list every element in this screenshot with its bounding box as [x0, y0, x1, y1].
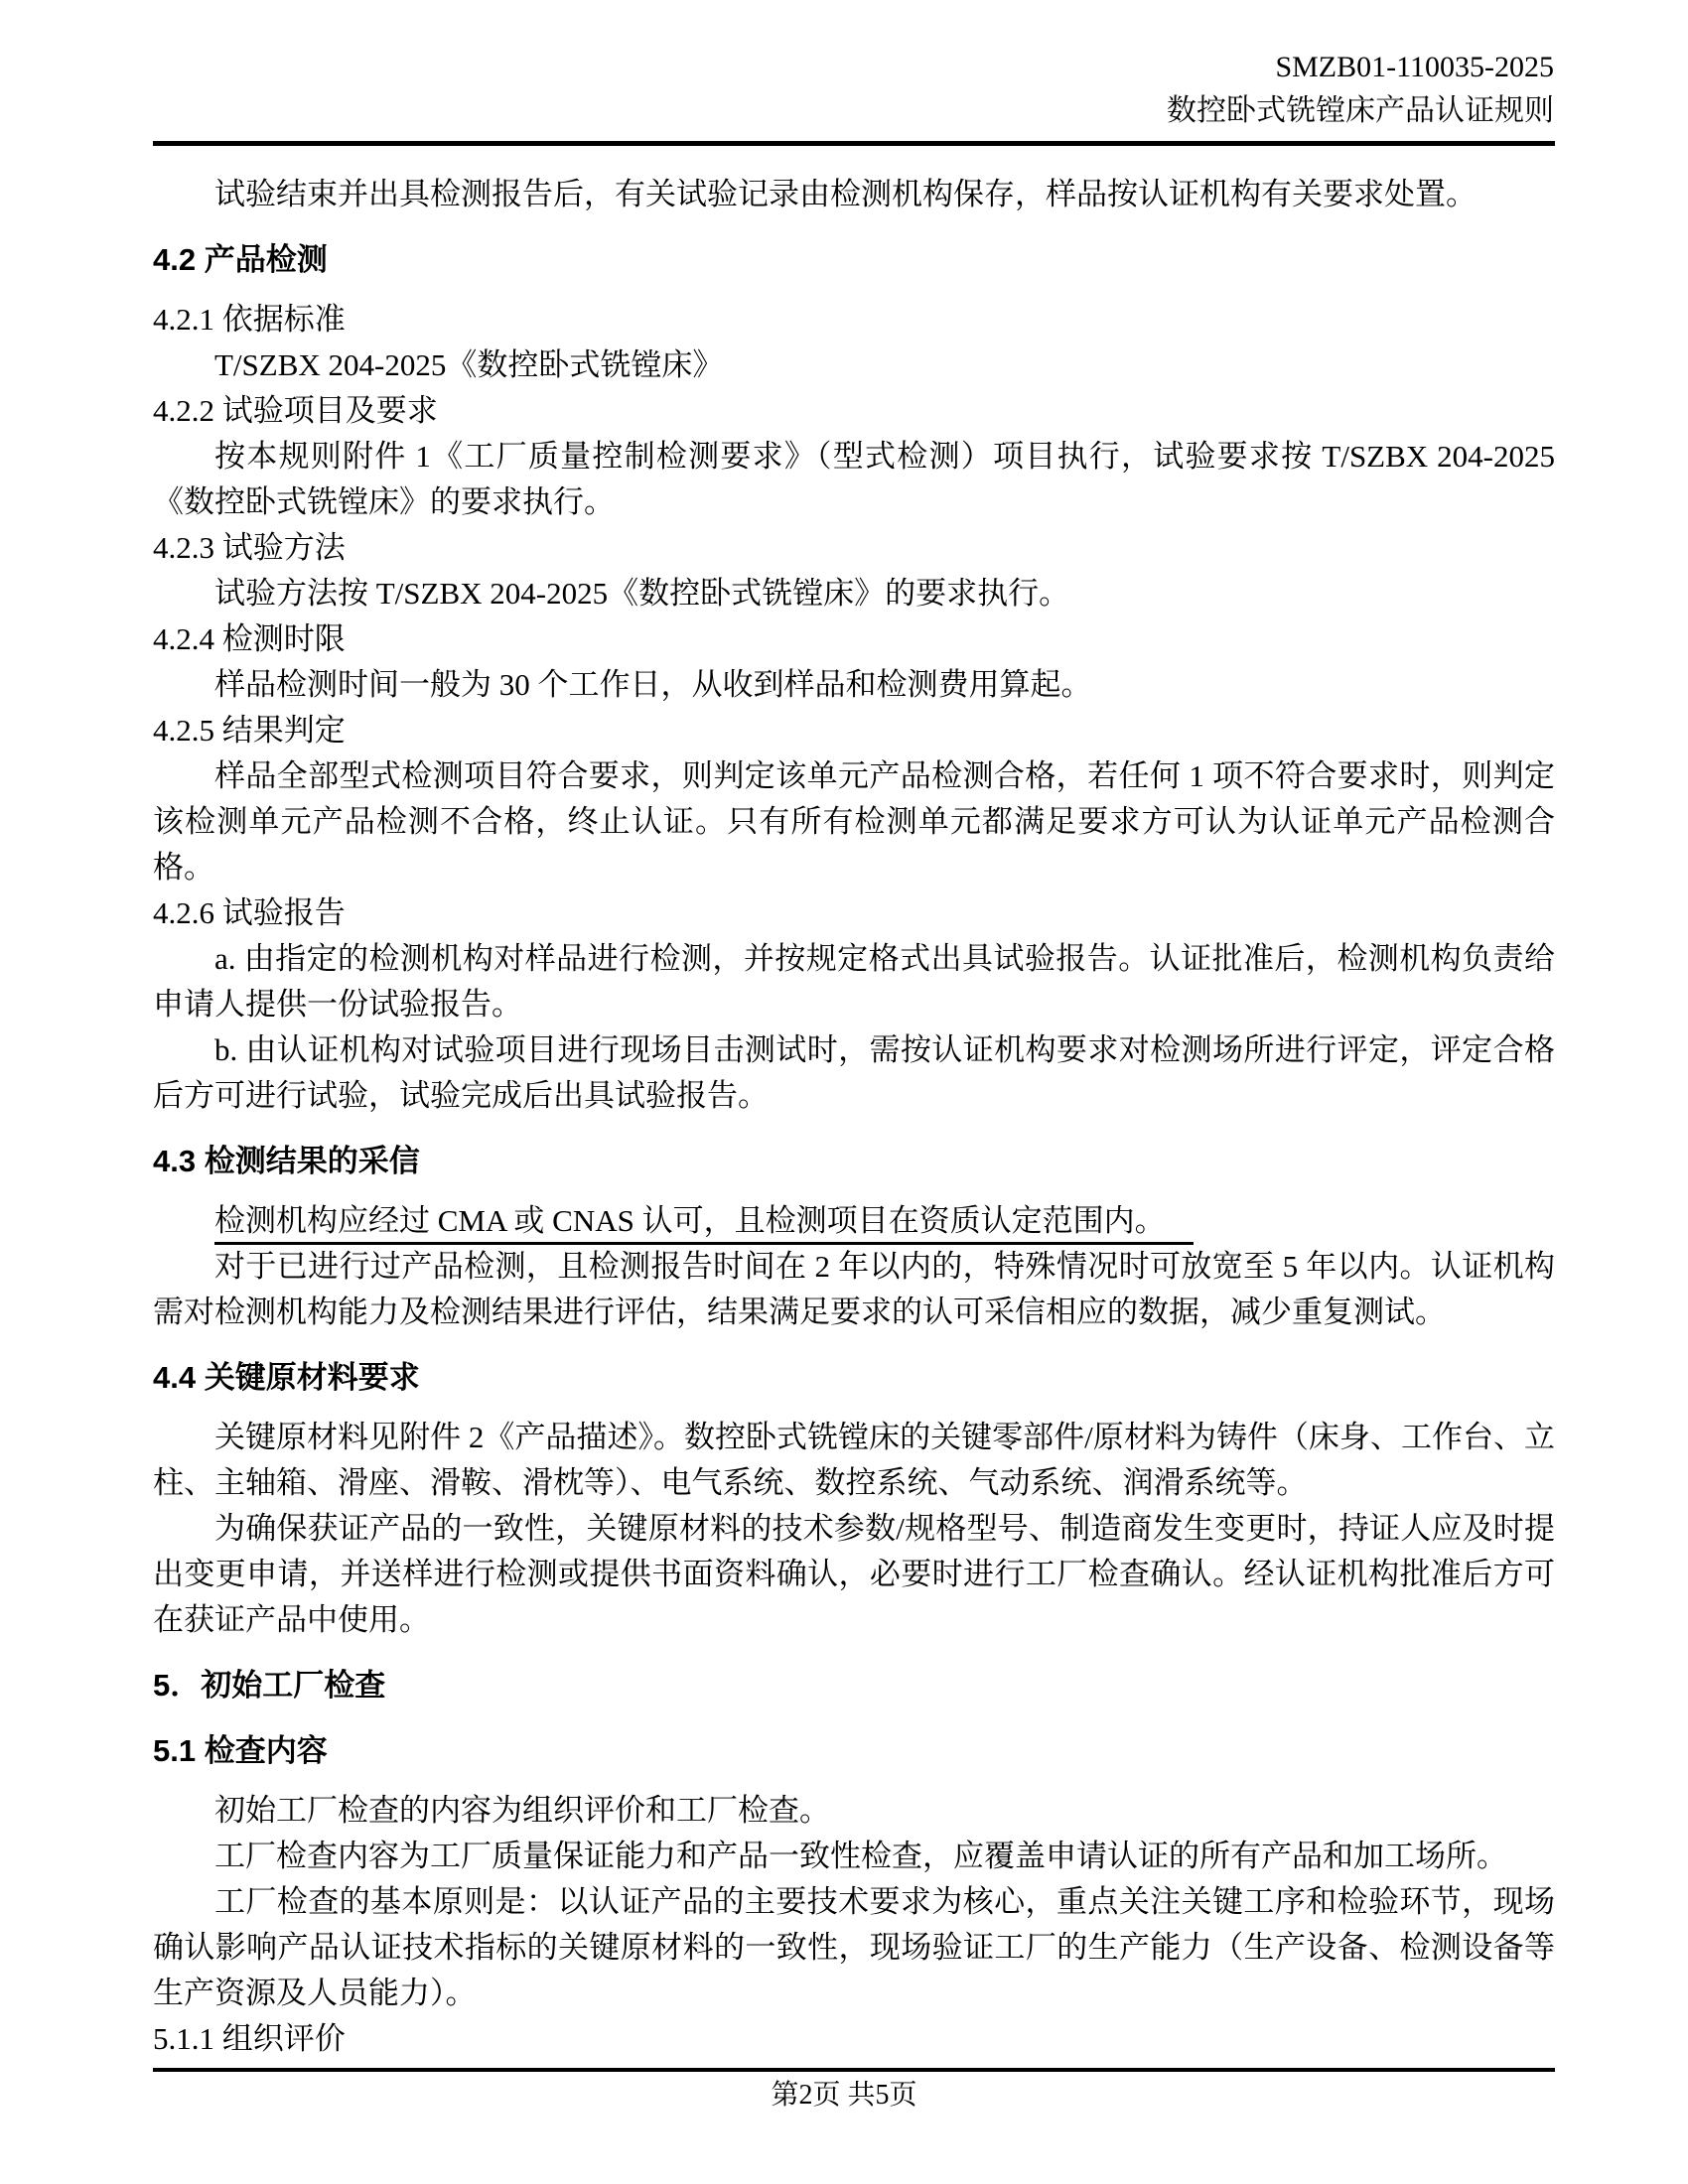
doc-title: 数控卧式铣镗床产品认证规则	[0, 89, 1554, 133]
subsection-heading-5-1-1: 5.1.1 组织评价	[153, 2016, 1555, 2062]
subsection-heading-4-2-5: 4.2.5 结果判定	[153, 708, 1555, 753]
paragraph-test-items: 按本规则附件 1《工厂质量控制检测要求》（型式检测）项目执行，试验要求按 T/S…	[153, 434, 1555, 525]
section-heading-4-2: 4.2 产品检测	[153, 237, 1555, 283]
doc-number: SMZB01-110035-2025	[0, 46, 1554, 89]
subsection-heading-4-2-4: 4.2.4 检测时限	[153, 616, 1555, 662]
paragraph-report-acceptance: 对于已进行过产品检测，且检测报告时间在 2 年以内的，特殊情况时可放宽至 5 年…	[153, 1244, 1555, 1335]
document-page: SMZB01-110035-2025 数控卧式铣镗床产品认证规则 试验结束并出具…	[0, 0, 1688, 2184]
paragraph-report-item-a: a. 由指定的检测机构对样品进行检测，并按规定格式出具试验报告。认证批准后，检测…	[153, 936, 1555, 1027]
paragraph-accreditation: 检测机构应经过 CMA 或 CNAS 认可，且检测项目在资质认定范围内。	[153, 1198, 1555, 1244]
paragraph-standard-ref: T/SZBX 204-2025《数控卧式铣镗床》	[153, 342, 1555, 388]
subsection-heading-4-2-2: 4.2.2 试验项目及要求	[153, 388, 1555, 434]
section-heading-5-1: 5.1 检查内容	[153, 1728, 1555, 1774]
paragraph-material-change: 为确保获证产品的一致性，关键原材料的技术参数/规格型号、制造商发生变更时，持证人…	[153, 1506, 1555, 1643]
section-heading-4-3: 4.3 检测结果的采信	[153, 1139, 1555, 1184]
subsection-heading-4-2-3: 4.2.3 试验方法	[153, 525, 1555, 571]
paragraph-initial-inspection: 初始工厂检查的内容为组织评价和工厂检查。	[153, 1788, 1555, 1834]
page-header: SMZB01-110035-2025 数控卧式铣镗床产品认证规则	[0, 0, 1688, 133]
subsection-heading-4-2-6: 4.2.6 试验报告	[153, 890, 1555, 936]
paragraph-test-method: 试验方法按 T/SZBX 204-2025《数控卧式铣镗床》的要求执行。	[153, 571, 1555, 616]
paragraph-report-item-b: b. 由认证机构对试验项目进行现场目击测试时，需按认证机构要求对检测场所进行评定…	[153, 1027, 1555, 1119]
paragraph-test-duration: 样品检测时间一般为 30 个工作日，从收到样品和检测费用算起。	[153, 662, 1555, 708]
underlined-text: 检测机构应经过 CMA 或 CNAS 认可，且检测项目在资质认定范围内。	[214, 1203, 1194, 1245]
paragraph-key-materials: 关键原材料见附件 2《产品描述》。数控卧式铣镗床的关键零部件/原材料为铸件（床身…	[153, 1415, 1555, 1506]
paragraph-test-records: 试验结束并出具检测报告后，有关试验记录由检测机构保存，样品按认证机构有关要求处置…	[153, 172, 1555, 217]
section-heading-4-4: 4.4 关键原材料要求	[153, 1355, 1555, 1401]
section-heading-5: 5．初始工厂检查	[153, 1663, 1555, 1708]
subsection-heading-4-2-1: 4.2.1 依据标准	[153, 297, 1555, 342]
page-number: 第2页 共5页	[0, 2079, 1688, 2113]
paragraph-result-judgement: 样品全部型式检测项目符合要求，则判定该单元产品检测合格，若任何 1 项不符合要求…	[153, 753, 1555, 890]
document-body: 试验结束并出具检测报告后，有关试验记录由检测机构保存，样品按认证机构有关要求处置…	[153, 146, 1555, 2062]
paragraph-inspection-scope: 工厂检查内容为工厂质量保证能力和产品一致性检查，应覆盖申请认证的所有产品和加工场…	[153, 1834, 1555, 1879]
footer-divider	[153, 2068, 1555, 2072]
paragraph-inspection-principles: 工厂检查的基本原则是：以认证产品的主要技术要求为核心，重点关注关键工序和检验环节…	[153, 1879, 1555, 2016]
